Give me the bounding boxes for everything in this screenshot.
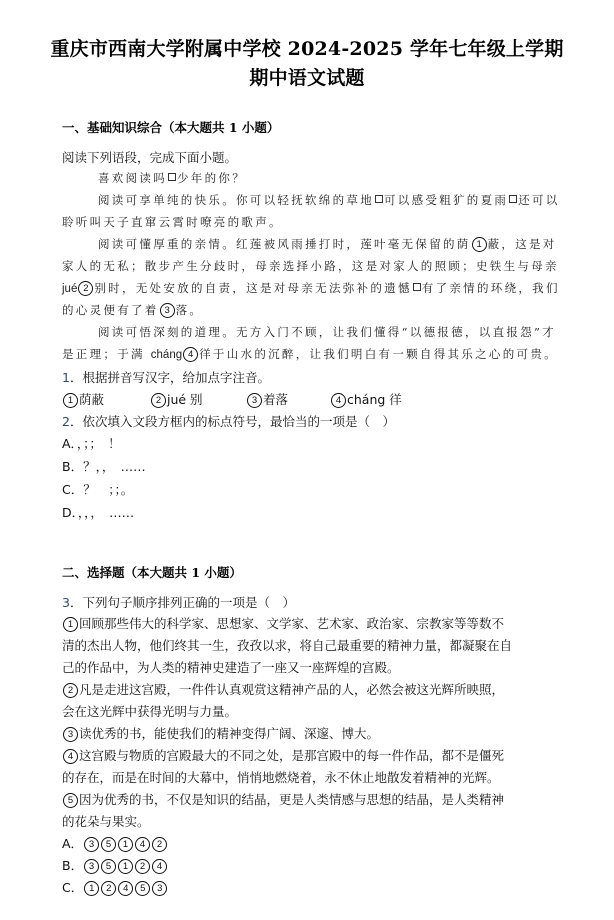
blank-1: 1 <box>471 237 488 251</box>
question-text: ．依次填入文段方框内的标点符号，最恰当的一项是（ ） <box>70 414 395 429</box>
passage-text: 的心灵便有了着 <box>62 303 159 317</box>
passage-text: 可以感受粗犷的夏雨 <box>384 193 508 207</box>
option-a[interactable]: A．，；； ！ <box>62 434 121 452</box>
sentence-text: 这宫殿与物质的宫殿最大的不同之处，是那宫殿中的每一件作品，都不是僵死 <box>79 748 504 763</box>
option-a[interactable]: A．35142 <box>62 834 168 852</box>
circled-number: 1 <box>84 881 99 896</box>
option-label: C． <box>62 482 83 497</box>
passage-line: 家人的无私；散步产生分歧时，母亲选择小路，这是对家人的照顾；史铁生与母亲 <box>62 258 559 274</box>
sentence-text: 因为优秀的书，不仅是知识的结晶，更是人类情感与思想的结晶，是人类精神 <box>79 792 504 807</box>
q1-item: 4cháng 徉 <box>330 390 402 408</box>
section1-heading: 一、基础知识综合（本大题共 1 小题） <box>62 118 279 136</box>
circled-number: 3 <box>247 393 262 408</box>
question-1: 1．根据拼音写汉字，给加点字注音。 <box>62 368 270 386</box>
option-text: ，；； ！ <box>77 436 121 451</box>
passage-line: 的心灵便有了着3落。 <box>62 302 203 318</box>
passage-line: 阅读可悟深刻的道理。无方入门不顾，让我们懂得“以德报德，以直报怨”才 <box>98 324 556 340</box>
option-d[interactable]: D．，，， …… <box>62 503 134 521</box>
circled-number: 4 <box>152 859 167 874</box>
question-number: 1 <box>62 370 70 385</box>
question-text: ．根据拼音写汉字，给加点字注音。 <box>70 370 270 385</box>
question-2: 2．依次填入文段方框内的标点符号，最恰当的一项是（ ） <box>62 412 395 430</box>
circled-number: 3 <box>160 303 175 318</box>
circled-number: 1 <box>63 393 78 408</box>
blank-2: 2 <box>77 281 94 295</box>
q1-item-text: 着落 <box>263 392 288 407</box>
circled-number: 3 <box>63 727 78 742</box>
document-title-line1: 重庆市西南大学附属中学校 2024-2025 学年七年级上学期 <box>40 34 574 61</box>
section1-instruction: 阅读下列语段，完成下面小题。 <box>62 148 237 166</box>
blank-box <box>168 173 176 181</box>
sentence-1: 1回顾那些伟大的科学家、思想家、文学家、艺术家、政治家、宗教家等等数不 <box>62 614 504 632</box>
sentence-1-cont: 己的作品中，为人类的精神史建造了一座又一座辉煌的宫殿。 <box>62 658 400 676</box>
q1-item: 2jué 别 <box>150 390 203 408</box>
sentence-5-cont: 的花朵与果实。 <box>62 812 150 830</box>
circled-number: 5 <box>101 859 116 874</box>
sentence-5: 5因为优秀的书，不仅是知识的结晶，更是人类情感与思想的结晶，是人类精神 <box>62 790 504 808</box>
q1-item-text: cháng 徉 <box>347 392 402 407</box>
pinyin: cháng <box>151 349 182 361</box>
circled-number: 5 <box>101 837 116 852</box>
circled-number: 1 <box>63 617 78 632</box>
passage-text: 落。 <box>176 303 204 317</box>
q1-item-text: jué 别 <box>167 392 203 407</box>
passage-text: 是正理；于满 <box>62 347 145 361</box>
question-number: 2 <box>62 414 70 429</box>
option-c[interactable]: C．12453 <box>62 878 168 896</box>
circled-number: 1 <box>118 837 133 852</box>
sentence-3: 3读优秀的书，能使我们的精神变得广阔、深邃、博大。 <box>62 724 379 742</box>
option-text: ？，， …… <box>83 459 146 474</box>
sentence-text: 回顾那些伟大的科学家、思想家、文学家、艺术家、政治家、宗教家等等数不 <box>79 616 504 631</box>
sentence-text: 凡是走进这宫殿，一件件认真观赏这精神产品的人，必然会被这光辉所映照， <box>79 682 504 697</box>
circled-number: 2 <box>151 393 166 408</box>
pinyin: jué <box>62 283 77 295</box>
sentence-1-cont: 清的杰出人物，他们终其一生，孜孜以求，将自己最重要的精神力量，都凝聚在自 <box>62 636 512 654</box>
passage-text: 别时，无处安放的自责，这是对母亲无法弥补的遗憾 <box>94 281 411 295</box>
blank-box <box>375 195 383 203</box>
option-c[interactable]: C．？ ；；。 <box>62 480 133 498</box>
passage-line: 是正理；于满 cháng4徉于山水的沉醉，让我们明白有一颗自得其乐之心的可贵。 <box>62 346 558 362</box>
option-label: B． <box>62 459 83 474</box>
option-b[interactable]: B．？，， …… <box>62 457 146 475</box>
sentence-text: 读优秀的书，能使我们的精神变得广阔、深邃、博大。 <box>79 726 379 741</box>
circled-number: 3 <box>152 881 167 896</box>
circled-number: 4 <box>135 837 150 852</box>
circled-number: 4 <box>331 393 346 408</box>
circled-number: 5 <box>63 793 78 808</box>
passage-text: 蔽，这是对 <box>488 237 557 251</box>
circled-number: 5 <box>135 881 150 896</box>
circled-number: 4 <box>63 749 78 764</box>
passage-line: 阅读可享单纯的快乐。你可以轻抚软绵的草地可以感受粗犷的夏雨还可以 <box>98 192 560 208</box>
passage-text: 还可以 <box>518 193 559 207</box>
passage-text: 少年的你？ <box>177 171 246 185</box>
passage-text: 阅读可懂厚重的亲情。红莲被风雨捶打时，莲叶毫无保留的荫 <box>98 237 471 251</box>
document-title-line2: 期中语文试题 <box>40 63 574 90</box>
circled-number: 3 <box>84 837 99 852</box>
option-label: A． <box>62 836 83 851</box>
option-text: ？ ；；。 <box>83 482 133 497</box>
sentence-4: 4这宫殿与物质的宫殿最大的不同之处，是那宫殿中的每一件作品，都不是僵死 <box>62 746 504 764</box>
circled-number: 2 <box>78 281 93 296</box>
circled-number: 2 <box>101 881 116 896</box>
question-3: 3．下列句子顺序排列正确的一项是（ ） <box>62 593 295 611</box>
passage-line: 喜欢阅读吗少年的你？ <box>98 170 246 186</box>
sentence-4-cont: 的存在，而是在时间的大幕中，悄悄地燃烧着，永不休止地散发着精神的光辉。 <box>62 768 500 786</box>
passage-line: jué2别时，无处安放的自责，这是对母亲无法弥补的遗憾有了亲情的环绕，我们 <box>62 280 560 296</box>
option-label: C． <box>62 880 83 895</box>
passage-text: 有了亲情的环绕，我们 <box>422 281 560 295</box>
circled-number: 1 <box>472 237 487 252</box>
question-text: ．下列句子顺序排列正确的一项是（ ） <box>70 595 295 610</box>
circled-number: 2 <box>152 837 167 852</box>
circled-number: 2 <box>63 683 78 698</box>
q1-item: 1荫蔽 <box>62 390 104 408</box>
passage-text: 徉于山水的沉醉，让我们明白有一颗自得其乐之心的可贵。 <box>199 347 558 361</box>
passage-text: 阅读可享单纯的快乐。你可以轻抚软绵的草地 <box>98 193 374 207</box>
circled-number: 4 <box>183 347 198 362</box>
circled-number: 3 <box>84 859 99 874</box>
section2-heading: 二、选择题（本大题共 1 小题） <box>62 563 242 581</box>
passage-line: 阅读可懂厚重的亲情。红莲被风雨捶打时，莲叶毫无保留的荫1蔽，这是对 <box>98 236 557 252</box>
q1-item: 3着落 <box>246 390 288 408</box>
blank-box <box>509 195 517 203</box>
q1-item-text: 荫蔽 <box>79 392 104 407</box>
blank-box <box>413 283 421 291</box>
sentence-2: 2凡是走进这宫殿，一件件认真观赏这精神产品的人，必然会被这光辉所映照， <box>62 680 504 698</box>
exam-page: 重庆市西南大学附属中学校 2024-2025 学年七年级上学期 期中语文试题 一… <box>0 0 614 920</box>
blank-4: 4 <box>182 347 199 361</box>
sentence-2-cont: 会在这光辉中获得光明与力量。 <box>62 702 237 720</box>
blank-3: 3 <box>159 303 176 317</box>
circled-number: 1 <box>118 859 133 874</box>
passage-line: 聆听叫天子直窜云霄时嘹亮的歌声。 <box>62 214 283 230</box>
circled-number: 2 <box>135 859 150 874</box>
option-label: B． <box>62 858 83 873</box>
question-number: 3 <box>62 595 70 610</box>
option-b[interactable]: B．35124 <box>62 856 168 874</box>
circled-number: 4 <box>118 881 133 896</box>
option-text: ，，， …… <box>78 505 134 520</box>
passage-text: 喜欢阅读吗 <box>98 171 167 185</box>
option-label: A． <box>62 436 77 451</box>
option-label: D． <box>62 505 78 520</box>
